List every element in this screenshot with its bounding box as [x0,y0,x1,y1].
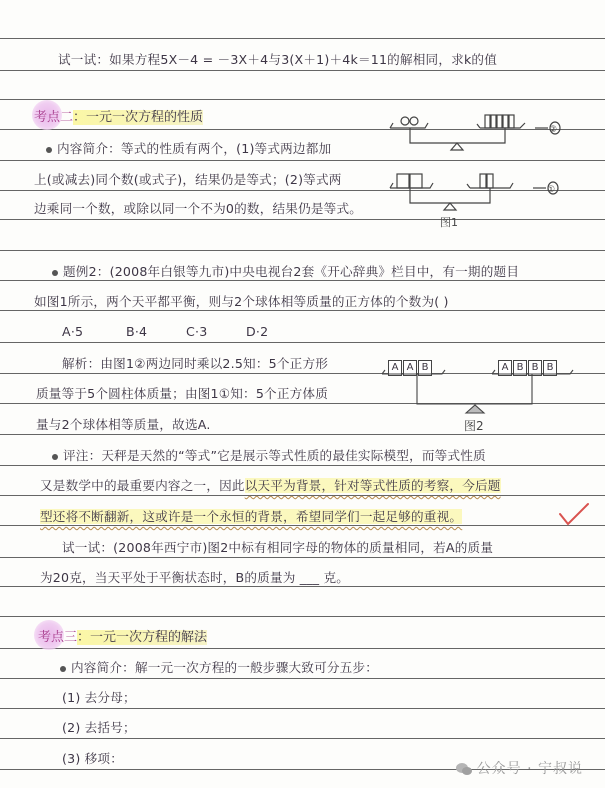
ruled-line [0,678,605,679]
highlighted-text: 型还将不断翻新，这或许是一个永恒的背景，希望同学们一起足够的重视。 [40,509,462,524]
section-3-header: 考点三：一元一次方程的解法 [38,629,207,647]
analysis-line-1: 解析：由图1②两边同时乘以2.5知：5个正方形 [62,356,328,372]
option-d: D·2 [246,324,268,339]
svg-text:①: ① [547,185,555,195]
figure-1-balance-diagram: ② ① 图1 [385,108,600,228]
ruled-line [0,557,605,558]
analysis-line-3: 量与2个球体相等质量，故选A. [36,417,211,433]
bullet-icon [52,454,58,460]
step-2: (2) 去括号； [62,720,136,736]
bullet-icon [60,666,66,672]
ruled-line [0,495,605,496]
ruled-line [0,616,605,617]
ruled-line [0,280,605,281]
example-2-line-1: 题例2：(2008年白银等九市)中央电视台2套《开心辞典》栏目中，有一期的题目 [52,264,519,280]
section-2-badge: 考点二 [34,110,73,125]
option-a: A·5 [62,324,126,340]
ruled-line [0,648,605,649]
ruled-line [0,99,605,100]
ruled-line [0,250,605,251]
example-2-options: A·5B·4C·3D·2 [62,324,268,340]
try-exercise-1: 试一试：如果方程5X－4 = －3X＋4与3(X＋1)＋4k＝11的解相同，求k… [58,52,497,68]
ruled-line [0,465,605,466]
figure-2-balance-diagram: AAB ABBB 图2 [380,355,590,440]
watermark: 公众号 · 宁叔说 [455,758,583,778]
ruled-line [0,310,605,311]
step-3: (3) 移项： [62,751,123,767]
section-3-badge: 考点三 [38,630,77,645]
highlighted-text: 以天平为背景，针对等式性质的考察，今后题 [245,478,501,493]
bullet-icon [46,147,52,153]
ruled-line [0,586,605,587]
wechat-icon [455,762,473,776]
option-b: B·4 [126,324,186,340]
bullet-icon [52,270,58,276]
section-2-intro-3: 边乘同一个数，或除以同一个不为0的数，结果仍是等式。 [34,201,362,217]
step-1: (1) 去分母； [62,690,136,706]
section-2-intro-1: 内容简介：等式的性质有两个，(1)等式两边都加 [46,141,331,157]
checkmark-icon [558,502,590,528]
try-exercise-2-line-2: 为20克，当天平处于平衡状态时，B的质量为 ___ 克。 [40,570,349,586]
section-3-title: ：一元一次方程的解法 [77,630,207,645]
comment-line-2: 又是数学中的最重要内容之一，因此以天平为背景，针对等式性质的考察，今后题 [40,478,501,494]
ruled-line [0,70,605,71]
ruled-line [0,342,605,343]
ruled-line [0,708,605,709]
ruled-line [0,38,605,39]
section-2-header: 考点二：一元一次方程的性质 [34,109,203,127]
ruled-line [0,738,605,739]
comment-line-1: 评注：天秤是天然的“等式”它是展示等式性质的最佳实际模型，而等式性质 [52,448,486,464]
section-2-title: ：一元一次方程的性质 [73,110,203,125]
figure-2-caption: 图2 [464,417,484,434]
section-3-intro: 内容简介：解一元一次方程的一般步骤大致可分五步： [60,660,378,676]
analysis-line-2: 质量等于5个圆柱体质量；由图1①知：5个正方体质 [36,386,328,402]
comment-line-3: 型还将不断翻新，这或许是一个永恒的背景，希望同学们一起足够的重视。 [40,509,462,525]
svg-text:②: ② [549,125,557,135]
svg-text:图1: 图1 [440,216,458,228]
section-2-intro-2: 上(或减去)同个数(或式子)，结果仍是等式；(2)等式两 [34,172,342,188]
option-c: C·3 [186,324,246,340]
example-2-line-2: 如图1所示，两个天平都平衡，则与2个球体相等质量的正方体的个数为( ) [34,294,449,310]
try-exercise-2-line-1: 试一试：(2008年西宁市)图2中标有相同字母的物体的质量相同，若A的质量 [62,540,493,556]
ruled-line [0,525,605,526]
